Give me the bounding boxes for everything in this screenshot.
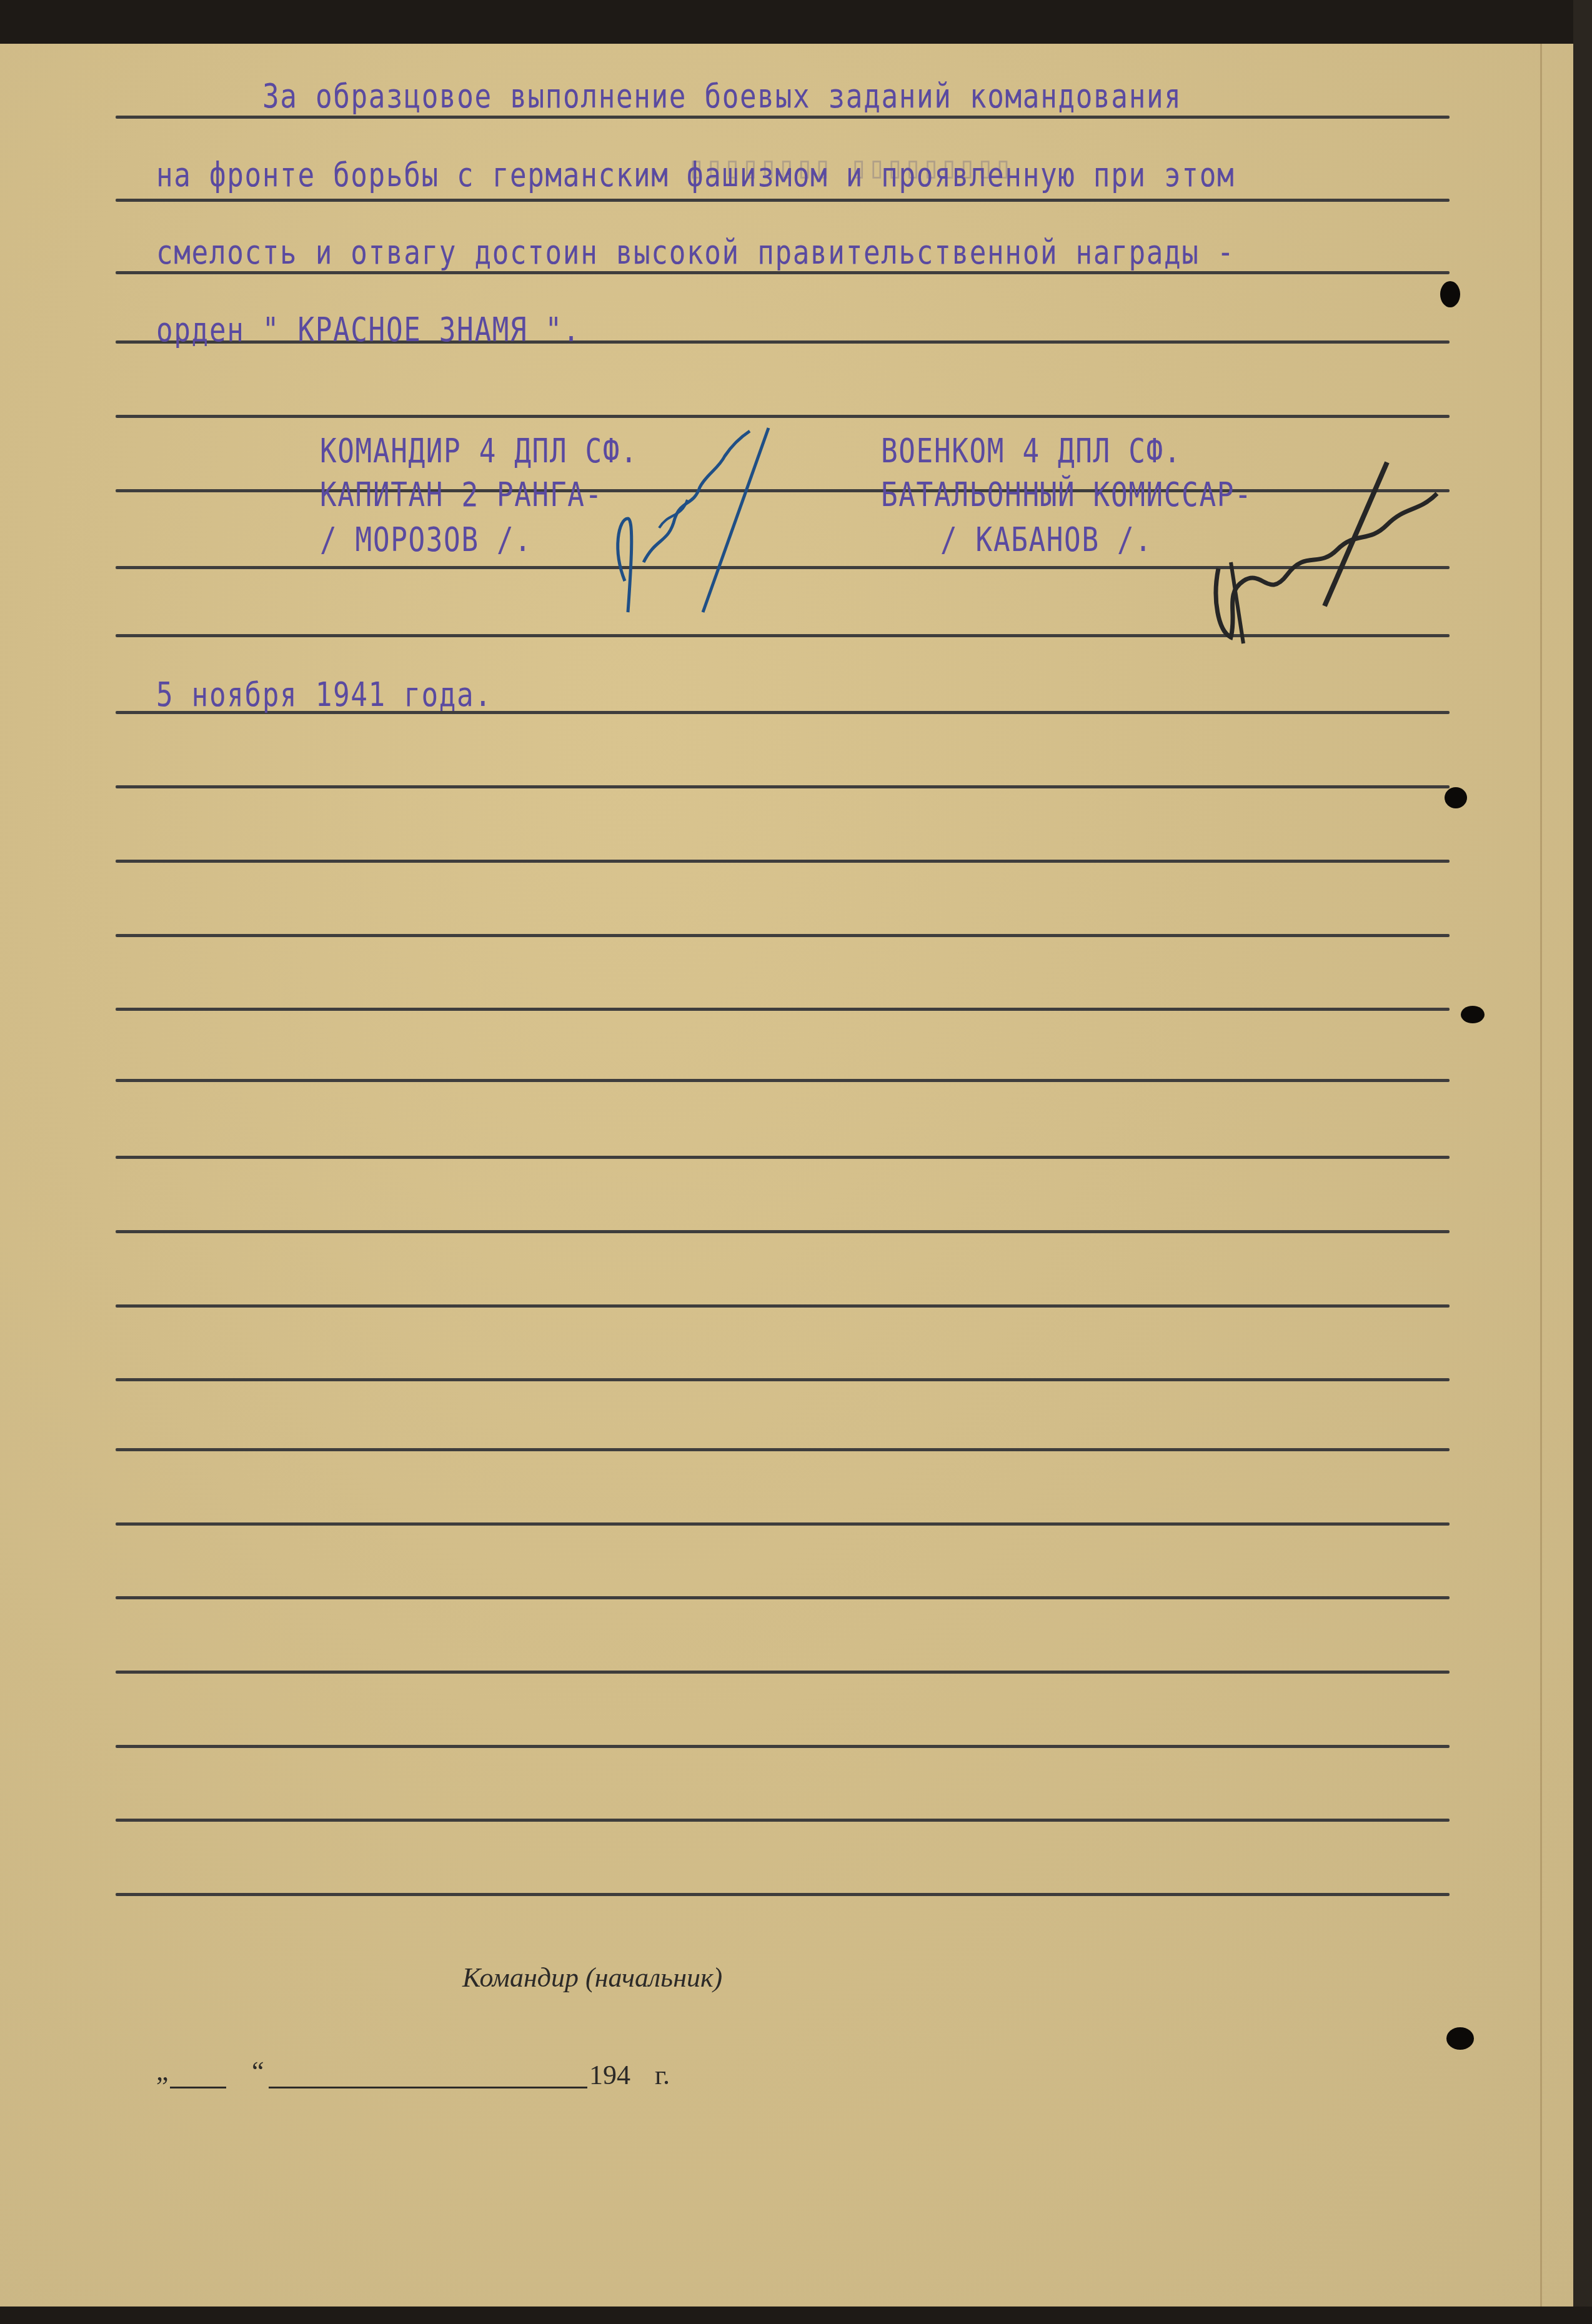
- form-rule-line: [116, 1448, 1450, 1451]
- left-signatory-title-2: КАПИТАН 2 РАНГА-: [320, 475, 603, 514]
- form-rule-line: [116, 860, 1450, 863]
- form-rule-line: [116, 1008, 1450, 1011]
- scan-bottom-border: [0, 2307, 1592, 2324]
- form-rule-line: [116, 785, 1450, 788]
- date-close-quote: “: [252, 2055, 264, 2087]
- body-line-4: орден " КРАСНОЕ ЗНАМЯ ".: [156, 310, 580, 349]
- form-rule-line: [116, 1230, 1450, 1233]
- commander-label: Командир (начальник): [462, 1962, 722, 1994]
- punch-hole-icon: [1440, 281, 1460, 307]
- punch-hole-icon: [1446, 2027, 1474, 2050]
- punch-hole-icon: [1445, 787, 1467, 808]
- form-rule-line: [116, 1079, 1450, 1082]
- form-rule-line: [116, 934, 1450, 937]
- punch-hole-icon: [1461, 1006, 1485, 1023]
- date-open-quote: „: [156, 2055, 169, 2087]
- year-prefix: 194: [589, 2059, 630, 2091]
- signature-kabanov: [1193, 456, 1462, 643]
- body-line-1: За образцовое выполнение боевых заданий …: [262, 76, 1182, 116]
- left-signatory-title-1: КОМАНДИР 4 ДПЛ СФ.: [320, 431, 638, 470]
- body-line-2: на фронте борьбы с германским фашизмом и…: [156, 155, 1235, 194]
- scan-top-border: [0, 0, 1592, 49]
- body-line-3: смелость и отвагу достоин высокой правит…: [156, 232, 1235, 272]
- form-rule-line: [116, 199, 1450, 202]
- form-rule-line: [116, 1893, 1450, 1896]
- paper-fold-line: [1540, 44, 1542, 2312]
- form-rule-line: [116, 1819, 1450, 1822]
- form-rule-line: [116, 1671, 1450, 1674]
- document-page: [0, 44, 1578, 2312]
- left-signatory-name: / МОРОЗОВ /.: [320, 520, 532, 559]
- year-suffix: г.: [655, 2059, 670, 2091]
- day-blank: [170, 2087, 226, 2088]
- form-rule-line: [116, 1378, 1450, 1381]
- scan-right-border: [1573, 0, 1592, 2324]
- right-signatory-title-1: ВОЕНКОМ 4 ДПЛ СФ.: [881, 431, 1182, 470]
- form-rule-line: [116, 1745, 1450, 1748]
- form-rule-line: [116, 1304, 1450, 1308]
- right-signatory-name: / КАБАНОВ /.: [940, 520, 1153, 559]
- form-rule-line: [116, 1156, 1450, 1159]
- date-line: 5 ноября 1941 года.: [156, 675, 492, 714]
- form-rule-line: [116, 1522, 1450, 1526]
- month-blank: [269, 2087, 587, 2088]
- form-rule-line: [116, 1596, 1450, 1599]
- form-rule-line: [116, 116, 1450, 119]
- signature-morozov: [600, 425, 850, 625]
- form-rule-line: [116, 415, 1450, 418]
